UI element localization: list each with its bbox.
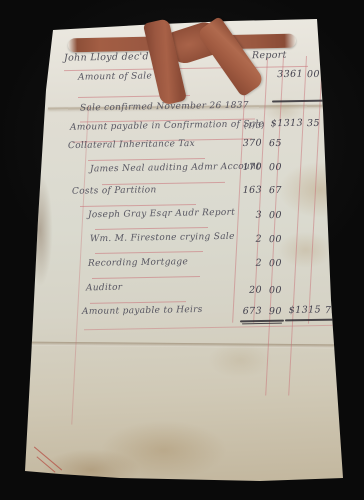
amount-col1-cents: 00	[269, 163, 283, 173]
amount-col2-dollars: $1315	[285, 305, 321, 315]
amount-col1-cents: 00	[269, 235, 283, 245]
row-label: Auditor	[86, 284, 123, 295]
amount-col1-dollars: 163	[218, 186, 262, 196]
row-underline	[80, 204, 196, 207]
row-label: Wm. M. Firestone crying Sale	[90, 233, 235, 245]
ruled-margin-line	[71, 105, 89, 425]
ruled-column-line	[308, 56, 323, 324]
amount-col1-dollars: 370	[218, 139, 262, 149]
amount-col1-cents: 00	[269, 211, 283, 221]
row-label: Amount payable in Confirmation of Sale	[70, 120, 264, 133]
row-label: Collateral Inheritance Tax	[68, 140, 195, 152]
amount-col1-dollars: 673	[218, 307, 262, 317]
amount-col2-cents: 35	[307, 119, 321, 129]
row-label: Sale confirmed November 26 1837	[80, 102, 249, 115]
row-note: (1/3)	[244, 122, 265, 131]
header-left: John Lloyd dec'd	[64, 52, 149, 64]
row-underline	[102, 182, 225, 185]
total-row-rule	[84, 325, 338, 330]
amount-col1-cents: 00	[269, 286, 283, 296]
corner-pen-mark	[36, 456, 55, 472]
row-label: Recording Mortgage	[88, 258, 188, 270]
amount-col1-cents: 90	[269, 307, 283, 317]
row-label: Costs of Partition	[72, 186, 157, 197]
amount-col1-cents: 65	[269, 139, 283, 149]
paper-sheet: John Lloyd dec'd O Report Amount of Sale…	[0, 0, 364, 500]
amount-col2-cents: 00	[307, 70, 321, 80]
row-label: Amount payable to Heirs	[82, 306, 203, 318]
document-photo: John Lloyd dec'd O Report Amount of Sale…	[0, 0, 364, 500]
amount-col1-cents: 00	[269, 259, 283, 269]
amount-col2-dollars: 3361	[267, 70, 303, 80]
row-label: Amount of Sale	[78, 72, 152, 83]
amount-col2-dollars: $1313	[267, 119, 303, 129]
ink-rule-line	[272, 99, 332, 102]
row-label: Joseph Gray Esqr Audr Report	[88, 209, 235, 221]
amount-col1-dollars: 170	[218, 163, 262, 173]
row-underline	[90, 301, 186, 304]
amount-col1-dollars: 20	[218, 286, 262, 296]
row-underline	[88, 158, 205, 161]
amount-col1-dollars: 2	[218, 235, 262, 245]
amount-col1-dollars: 2	[218, 259, 262, 269]
total-underline-col2	[285, 319, 337, 322]
amount-col1-cents: 67	[269, 186, 283, 196]
header-right: Report	[252, 51, 287, 62]
amount-col1-dollars: 3	[218, 211, 262, 221]
amount-col2-cents: 75	[325, 306, 339, 316]
row-underline	[92, 276, 200, 279]
row-underline	[95, 251, 203, 254]
row-underline	[95, 227, 208, 230]
total-underline-col1-double	[242, 323, 282, 325]
